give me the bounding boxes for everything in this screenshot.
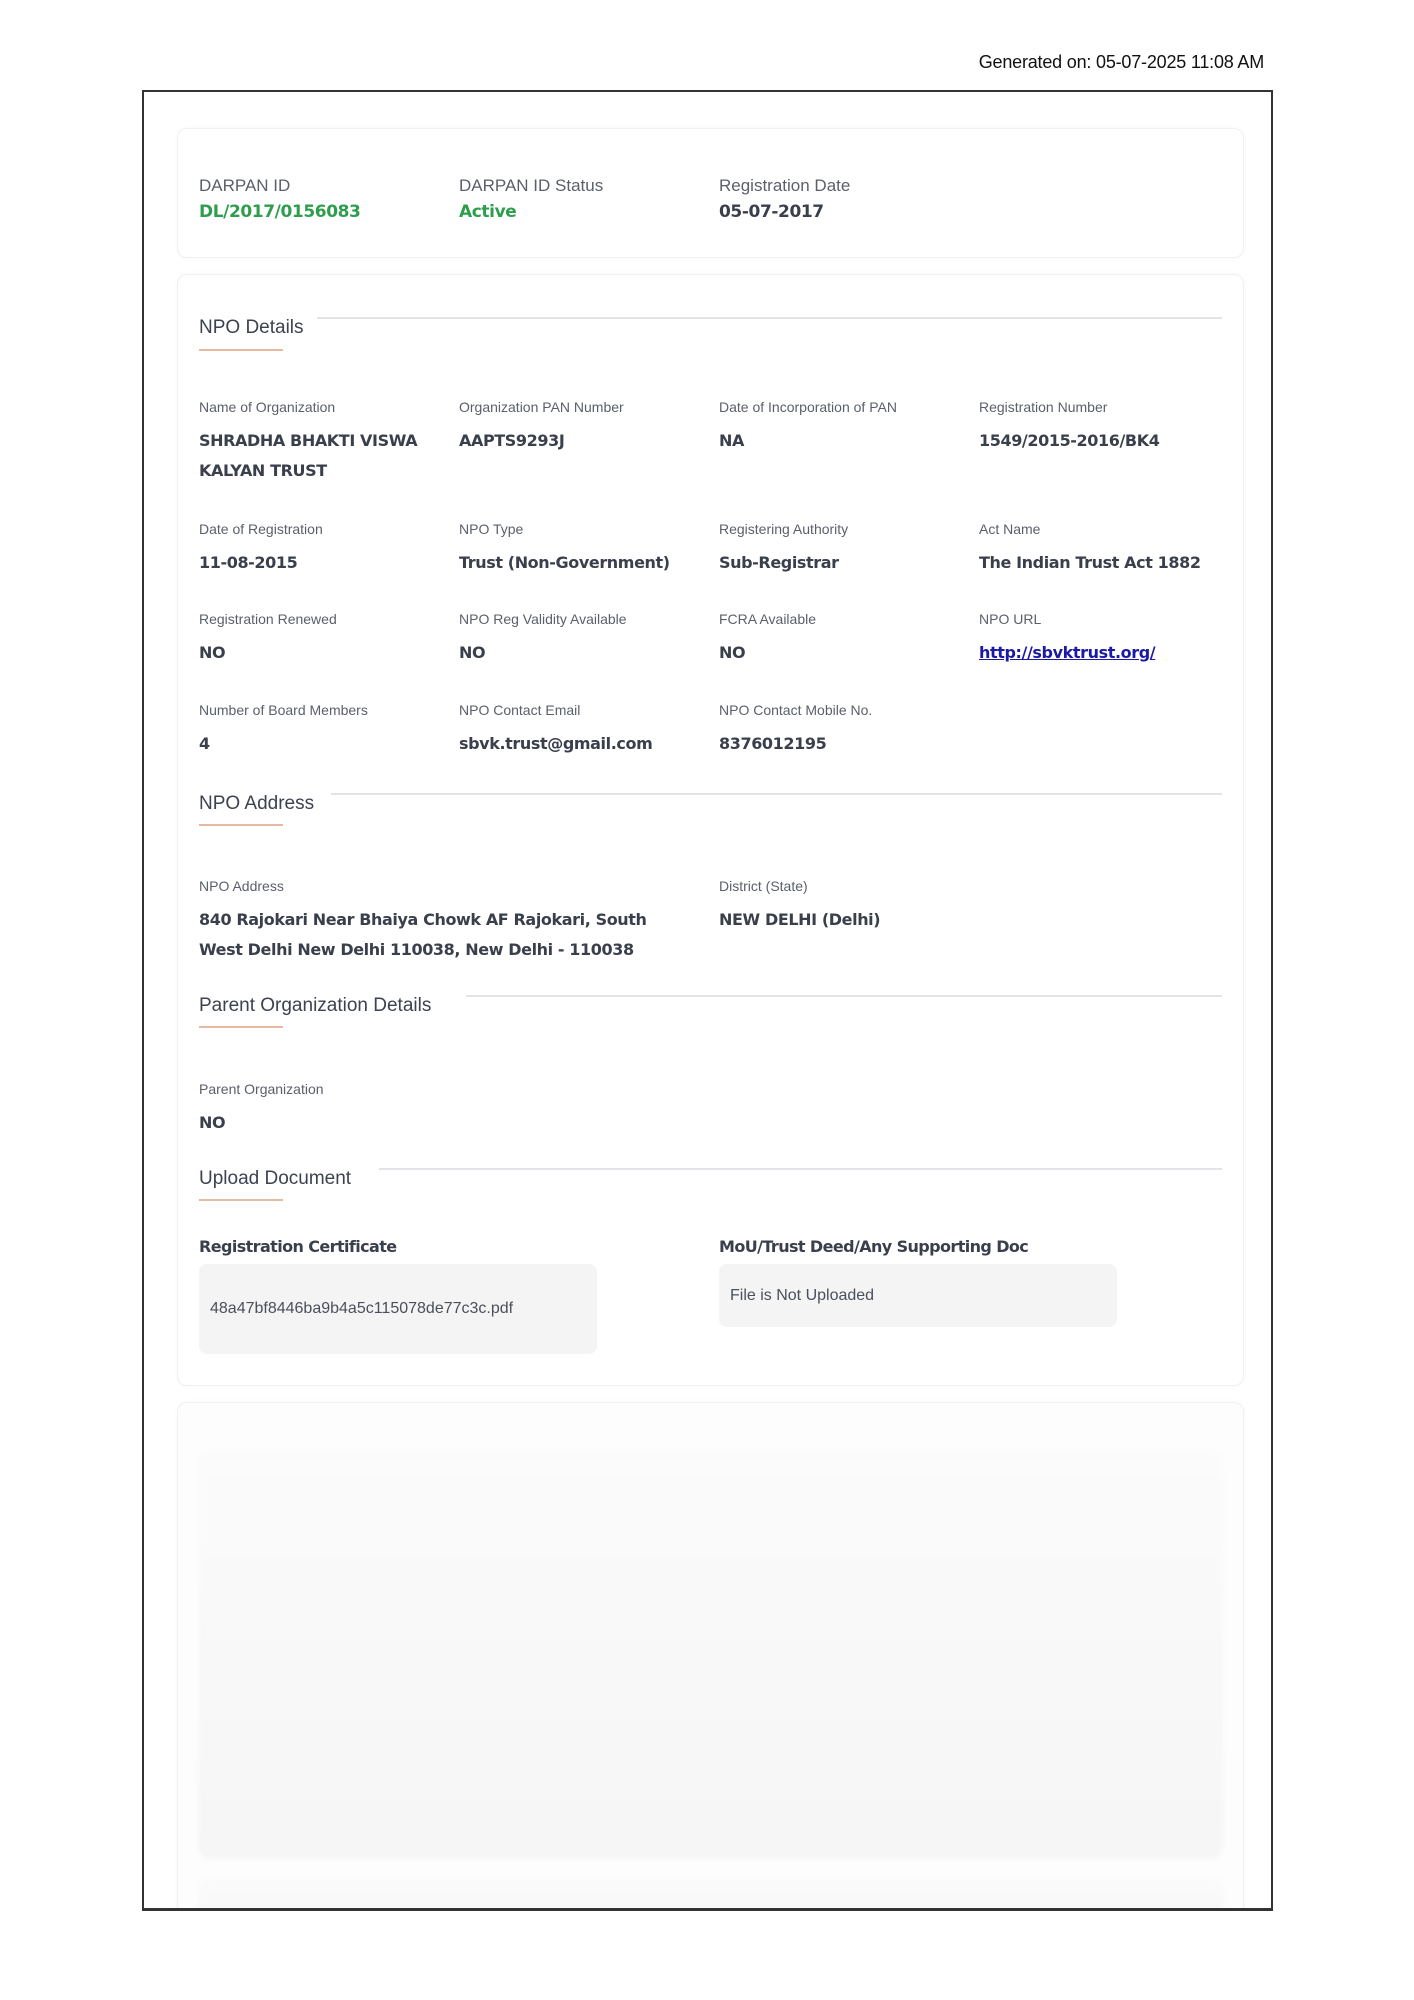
field-label: Act Name — [979, 521, 1201, 537]
faded-content-block — [198, 1451, 1223, 1859]
field-label: Number of Board Members — [199, 702, 368, 718]
registration-certificate-label: Registration Certificate — [199, 1237, 597, 1256]
field-value: NO — [199, 1108, 324, 1138]
fcra-available-field: FCRA Available NO — [719, 611, 816, 668]
contact-mobile-field: NPO Contact Mobile No. 8376012195 — [719, 702, 872, 759]
act-name-field: Act Name The Indian Trust Act 1882 — [979, 521, 1201, 578]
registration-date-field: Registration Date 05-07-2017 — [719, 176, 850, 222]
section-divider — [379, 1168, 1222, 1170]
field-value: 1549/2015-2016/BK4 — [979, 426, 1159, 456]
contact-email-field: NPO Contact Email sbvk.trust@gmail.com — [459, 702, 652, 759]
field-label: NPO Type — [459, 521, 670, 537]
field-label: NPO Reg Validity Available — [459, 611, 627, 627]
field-value: Trust (Non-Government) — [459, 548, 670, 578]
date-of-incorporation-field: Date of Incorporation of PAN NA — [719, 399, 897, 456]
npo-type-field: NPO Type Trust (Non-Government) — [459, 521, 670, 578]
registration-date-value: 05-07-2017 — [719, 202, 850, 222]
field-label: NPO Address — [199, 878, 679, 894]
section-underline — [199, 349, 283, 351]
field-value: The Indian Trust Act 1882 — [979, 548, 1201, 578]
section-divider — [466, 995, 1222, 997]
reg-validity-field: NPO Reg Validity Available NO — [459, 611, 627, 668]
supporting-doc-label: MoU/Trust Deed/Any Supporting Doc — [719, 1237, 1117, 1256]
darpan-id-label: DARPAN ID — [199, 176, 360, 196]
field-label: District (State) — [719, 878, 880, 894]
registration-number-field: Registration Number 1549/2015-2016/BK4 — [979, 399, 1159, 456]
field-value: NO — [459, 638, 627, 668]
registration-renewed-field: Registration Renewed NO — [199, 611, 337, 668]
npo-details-card: NPO Details Name of Organization SHRADHA… — [177, 274, 1244, 1386]
upload-document-title: Upload Document — [199, 1168, 361, 1190]
field-value: 11-08-2015 — [199, 548, 323, 578]
npo-details-section-header: NPO Details — [199, 317, 1222, 357]
file-name[interactable]: 48a47bf8446ba9b4a5c115078de77c3c.pdf — [210, 1300, 513, 1318]
supporting-doc-file: File is Not Uploaded — [719, 1264, 1117, 1327]
name-of-organization-field: Name of Organization SHRADHA BHAKTI VISW… — [199, 399, 429, 486]
field-label: Name of Organization — [199, 399, 429, 415]
parent-organization-field: Parent Organization NO — [199, 1081, 324, 1138]
field-label: Date of Registration — [199, 521, 323, 537]
field-label: NPO Contact Email — [459, 702, 652, 718]
summary-card: DARPAN ID DL/2017/0156083 DARPAN ID Stat… — [177, 128, 1244, 258]
npo-address-field: NPO Address 840 Rajokari Near Bhaiya Cho… — [199, 878, 679, 965]
field-value: Sub-Registrar — [719, 548, 848, 578]
npo-details-title: NPO Details — [199, 317, 314, 339]
field-value: sbvk.trust@gmail.com — [459, 729, 652, 759]
field-label: NPO URL — [979, 611, 1155, 627]
field-value: AAPTS9293J — [459, 426, 624, 456]
darpan-status-field: DARPAN ID Status Active — [459, 176, 603, 222]
generated-on-timestamp: Generated on: 05-07-2025 11:08 AM — [979, 52, 1264, 73]
section-underline — [199, 1026, 283, 1028]
supporting-doc-field: MoU/Trust Deed/Any Supporting Doc File i… — [719, 1237, 1117, 1327]
field-label: Registration Number — [979, 399, 1159, 415]
section-divider — [331, 793, 1222, 795]
npo-address-title: NPO Address — [199, 793, 324, 815]
parent-org-title: Parent Organization Details — [199, 995, 441, 1017]
registering-authority-field: Registering Authority Sub-Registrar — [719, 521, 848, 578]
date-of-registration-field: Date of Registration 11-08-2015 — [199, 521, 323, 578]
field-value: 8376012195 — [719, 729, 872, 759]
npo-url-field: NPO URL http://sbvktrust.org/ — [979, 611, 1155, 668]
darpan-id-field: DARPAN ID DL/2017/0156083 — [199, 176, 360, 222]
darpan-id-value: DL/2017/0156083 — [199, 202, 360, 222]
pan-number-field: Organization PAN Number AAPTS9293J — [459, 399, 624, 456]
field-label: FCRA Available — [719, 611, 816, 627]
faded-content-card — [177, 1402, 1244, 1911]
field-value: NO — [719, 638, 816, 668]
field-label: NPO Contact Mobile No. — [719, 702, 872, 718]
file-status: File is Not Uploaded — [730, 1287, 874, 1305]
field-value: 4 — [199, 729, 368, 759]
darpan-status-label: DARPAN ID Status — [459, 176, 603, 196]
field-label: Parent Organization — [199, 1081, 324, 1097]
npo-address-section-header: NPO Address — [199, 793, 1222, 833]
field-label: Registration Renewed — [199, 611, 337, 627]
upload-document-section-header: Upload Document — [199, 1168, 1222, 1208]
registration-date-label: Registration Date — [719, 176, 850, 196]
field-value: NA — [719, 426, 897, 456]
section-underline — [199, 824, 283, 826]
field-label: Registering Authority — [719, 521, 848, 537]
parent-org-section-header: Parent Organization Details — [199, 995, 1222, 1035]
field-value: 840 Rajokari Near Bhaiya Chowk AF Rajoka… — [199, 905, 679, 965]
darpan-status-value: Active — [459, 202, 603, 222]
district-state-field: District (State) NEW DELHI (Delhi) — [719, 878, 880, 935]
registration-certificate-field: Registration Certificate 48a47bf8446ba9b… — [199, 1237, 597, 1354]
field-value: NO — [199, 638, 337, 668]
board-members-field: Number of Board Members 4 — [199, 702, 368, 759]
npo-url-link[interactable]: http://sbvktrust.org/ — [979, 638, 1155, 668]
field-value: SHRADHA BHAKTI VISWA KALYAN TRUST — [199, 426, 429, 486]
registration-certificate-file[interactable]: 48a47bf8446ba9b4a5c115078de77c3c.pdf — [199, 1264, 597, 1354]
faded-content-block — [198, 1877, 1223, 1911]
field-value: NEW DELHI (Delhi) — [719, 905, 880, 935]
field-label: Date of Incorporation of PAN — [719, 399, 897, 415]
section-divider — [317, 317, 1222, 319]
field-label: Organization PAN Number — [459, 399, 624, 415]
page-frame: DARPAN ID DL/2017/0156083 DARPAN ID Stat… — [142, 90, 1273, 1911]
section-underline — [199, 1199, 283, 1201]
